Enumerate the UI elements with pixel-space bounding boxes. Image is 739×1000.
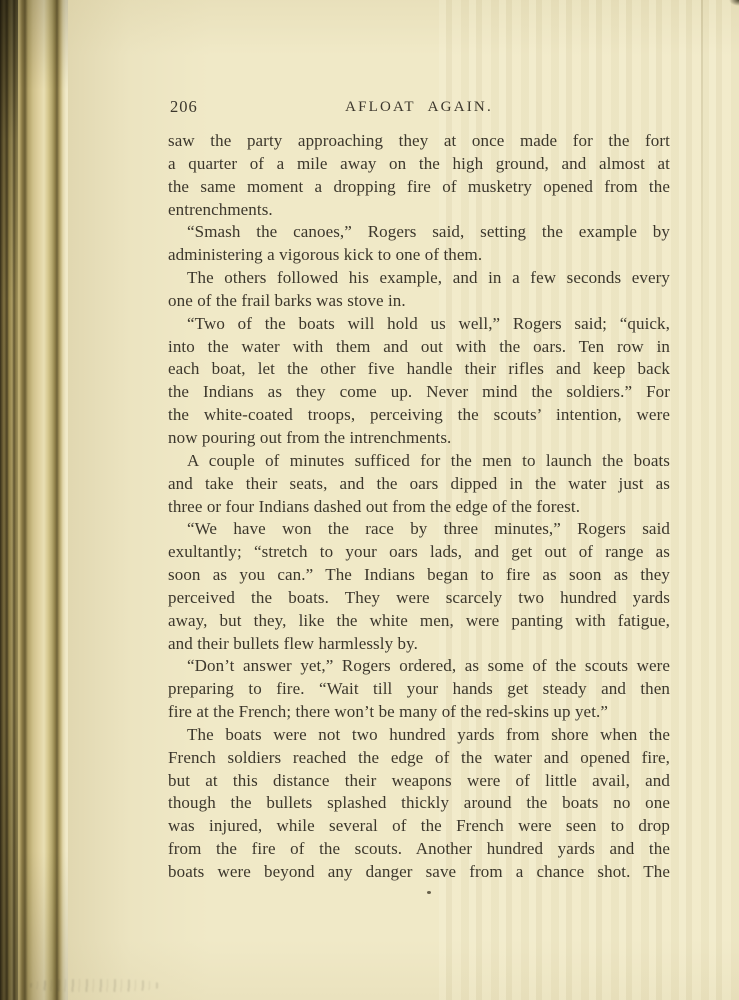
text-line: soon as you can.” The Indians began to f…: [168, 564, 670, 587]
paragraph: A couple of minutes sufficed for the men…: [168, 450, 670, 519]
paragraph: “Smash the canoes,” Rogers said, setting…: [168, 221, 670, 267]
text-line: the white-coated troops, perceiving the …: [168, 404, 670, 427]
text-line: each boat, let the other five handle the…: [168, 358, 670, 381]
running-header: 206 AFLOAT AGAIN.: [168, 97, 670, 119]
text-line: the same moment a dropping fire of muske…: [168, 176, 670, 199]
text-line: entrenchments.: [168, 199, 670, 222]
paragraph: “Don’t answer yet,” Rogers ordered, as s…: [168, 655, 670, 724]
text-line: exultantly; “stretch to your oars lads, …: [168, 541, 670, 564]
text-line: The others followed his example, and in …: [168, 267, 670, 290]
pencil-marks: [30, 979, 160, 992]
text-line: “Smash the canoes,” Rogers said, setting…: [168, 221, 670, 244]
paragraph: “We have won the race by three minutes,”…: [168, 518, 670, 655]
text-line: “Don’t answer yet,” Rogers ordered, as s…: [168, 655, 670, 678]
text-line: “We have won the race by three minutes,”…: [168, 518, 670, 541]
text-line: was injured, while several of the French…: [168, 815, 670, 838]
text-line: now pouring out from the intrenchments.: [168, 427, 670, 450]
paragraph: The boats were not two hundred yards fro…: [168, 724, 670, 884]
text-line: but at this distance their weapons were …: [168, 770, 670, 793]
book-page-edges: [0, 0, 68, 1000]
text-line: administering a vigorous kick to one of …: [168, 244, 670, 267]
text-line: A couple of minutes sufficed for the men…: [168, 450, 670, 473]
text-block: saw the party approaching they at once m…: [168, 130, 670, 884]
text-line: The boats were not two hundred yards fro…: [168, 724, 670, 747]
paragraph: The others followed his example, and in …: [168, 267, 670, 313]
corner-shadow: [729, 0, 739, 6]
text-line: from the fire of the scouts. Another hun…: [168, 838, 670, 861]
text-line: one of the frail barks was stove in.: [168, 290, 670, 313]
page-content: 206 AFLOAT AGAIN. saw the party approach…: [168, 0, 670, 1000]
ink-speck: [427, 891, 431, 894]
text-line: into the water with them and out with th…: [168, 336, 670, 359]
text-line: fire at the French; there won’t be many …: [168, 701, 670, 724]
text-line: “Two of the boats will hold us well,” Ro…: [168, 313, 670, 336]
page-crease: [701, 0, 703, 420]
paragraph: “Two of the boats will hold us well,” Ro…: [168, 313, 670, 450]
text-line: perceived the boats. They were scarcely …: [168, 587, 670, 610]
text-line: a quarter of a mile away on the high gro…: [168, 153, 670, 176]
text-line: though the bullets splashed thickly arou…: [168, 792, 670, 815]
text-line: the Indians as they come up. Never mind …: [168, 381, 670, 404]
text-line: and take their seats, and the oars dippe…: [168, 473, 670, 496]
running-title: AFLOAT AGAIN.: [168, 99, 670, 116]
text-line: and their bullets flew harmlessly by.: [168, 633, 670, 656]
text-line: preparing to fire. “Wait till your hands…: [168, 678, 670, 701]
text-line: boats were beyond any danger save from a…: [168, 861, 670, 884]
text-line: saw the party approaching they at once m…: [168, 130, 670, 153]
text-line: French soldiers reached the edge of the …: [168, 747, 670, 770]
paragraph: saw the party approaching they at once m…: [168, 130, 670, 221]
text-line: three or four Indians dashed out from th…: [168, 496, 670, 519]
text-line: away, but they, like the white men, were…: [168, 610, 670, 633]
book-page-scan: 206 AFLOAT AGAIN. saw the party approach…: [0, 0, 739, 1000]
